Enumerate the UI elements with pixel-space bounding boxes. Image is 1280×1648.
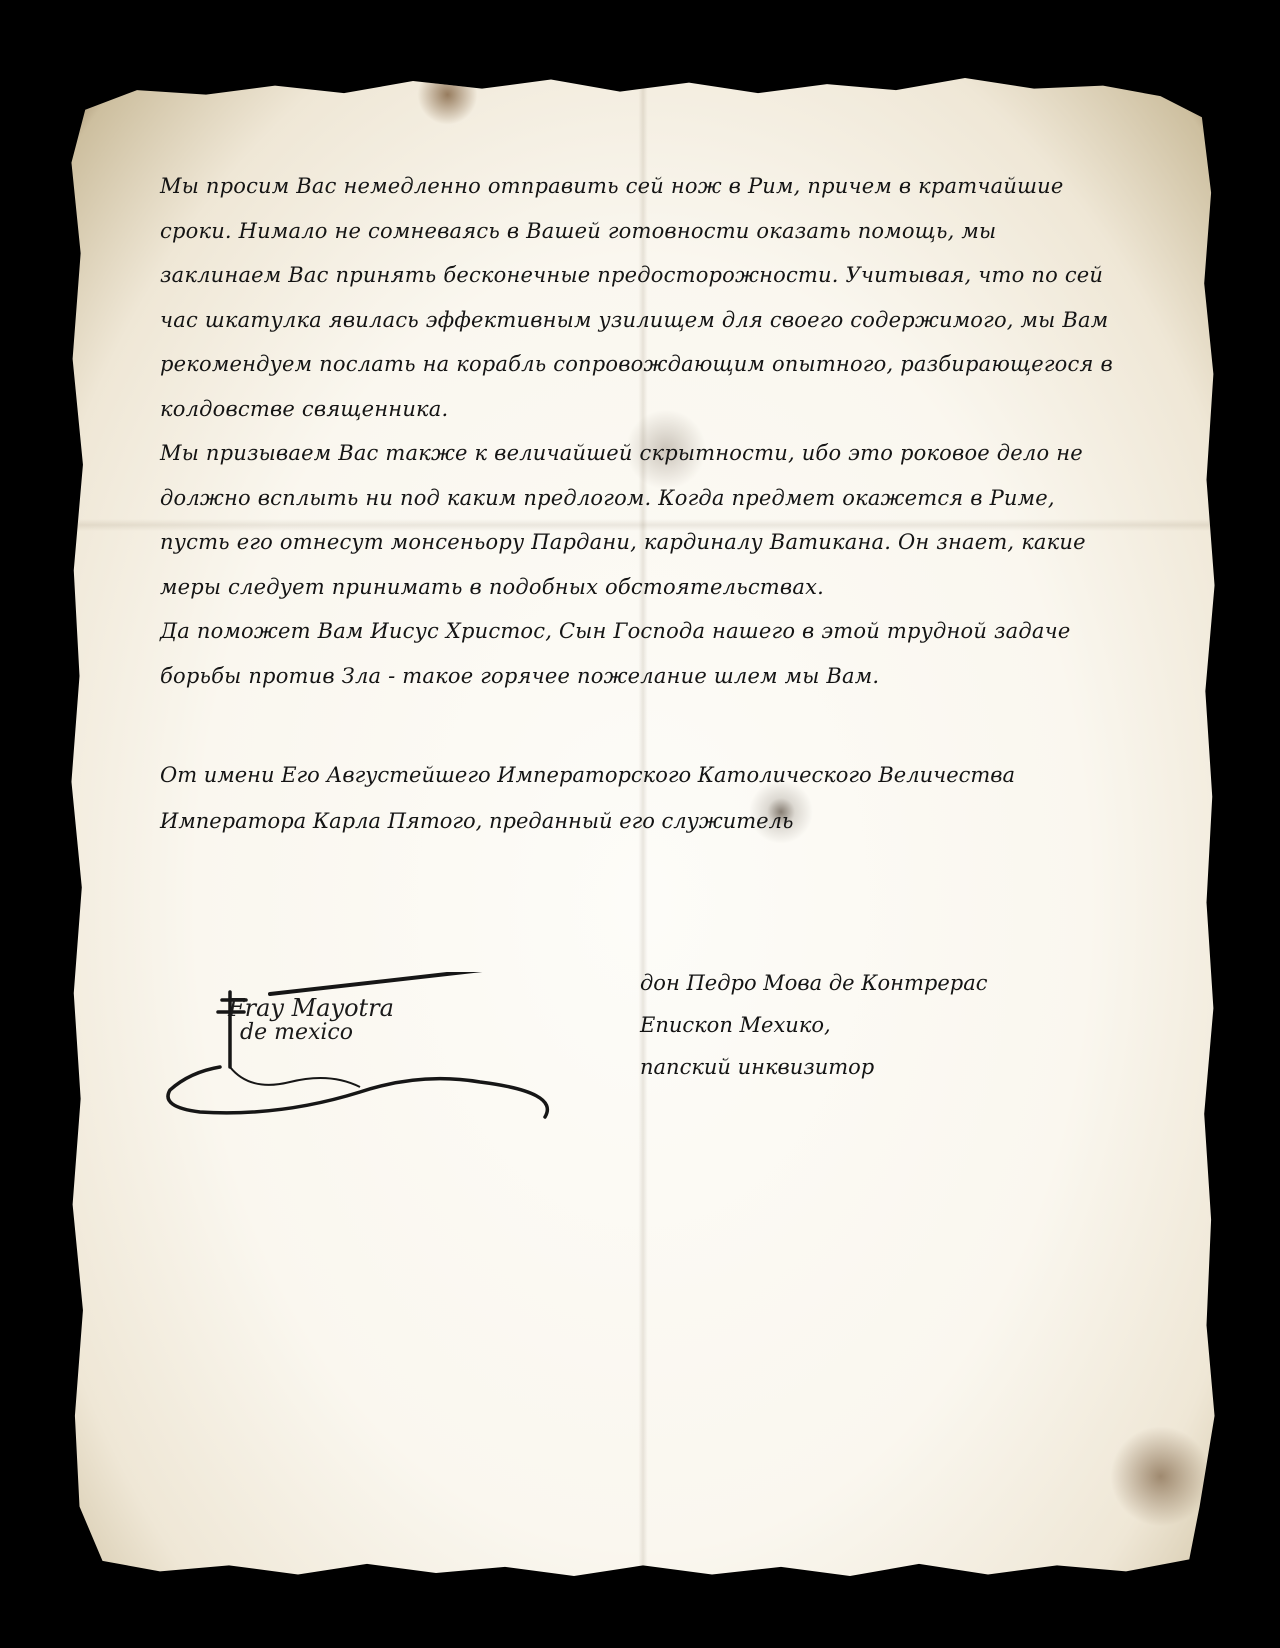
letter-body: Мы просим Вас немедленно отправить сей н… — [160, 164, 1120, 698]
signatory-role: папский инквизитор — [640, 1046, 987, 1088]
parchment-page: Мы просим Вас немедленно отправить сей н… — [68, 72, 1218, 1582]
paragraph: Да поможет Вам Иисус Христос, Сын Господ… — [160, 609, 1120, 698]
closing-line: Императора Карла Пятого, преданный его с… — [160, 798, 1120, 844]
paragraph: Мы призываем Вас также к величайшей скры… — [160, 431, 1120, 609]
handwritten-signature: Fray Mayotra de mexico — [160, 972, 570, 1152]
signatory-name: дон Педро Мова де Контрерас — [640, 962, 987, 1004]
letter-closing: От имени Его Августейшего Императорского… — [160, 752, 1120, 844]
paragraph: Мы просим Вас немедленно отправить сей н… — [160, 164, 1120, 431]
signature-line: de mexico — [240, 1020, 353, 1045]
closing-line: От имени Его Августейшего Императорского… — [160, 752, 1120, 798]
signatory-block: дон Педро Мова де Контрерас Епископ Мехи… — [640, 962, 987, 1088]
signature-line: Fray Mayotra — [228, 994, 394, 1022]
signatory-title: Епископ Мехико, — [640, 1004, 987, 1046]
